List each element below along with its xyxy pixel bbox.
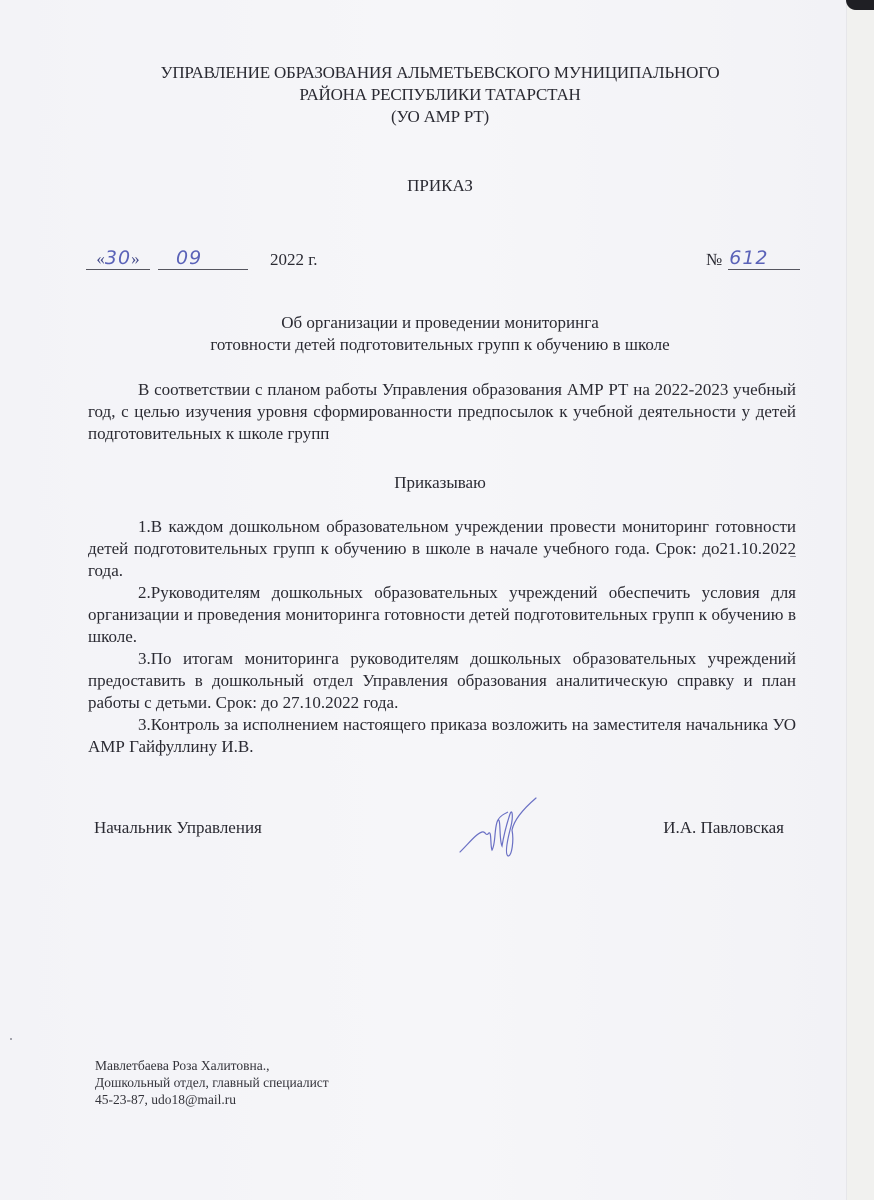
contact-phone-email: 45-23-87, udo18@mail.ru — [95, 1091, 329, 1108]
header-line-1: УПРАВЛЕНИЕ ОБРАЗОВАНИЯ АЛЬМЕТЬЕВСКОГО МУ… — [60, 62, 820, 84]
date-month-field: 09 — [158, 248, 248, 270]
close-quote: » — [131, 249, 140, 268]
subject-line-1: Об организации и проведении мониторинга — [60, 312, 820, 334]
order-item-2: 2.Руководителям дошкольных образовательн… — [88, 582, 796, 648]
scan-speck — [790, 556, 796, 557]
header-line-2: РАЙОНА РЕСПУБЛИКИ ТАТАРСТАН — [60, 84, 820, 106]
handwritten-number: 612 — [729, 247, 768, 269]
contact-info: Мавлетбаева Роза Халитовна., Дошкольный … — [95, 1057, 329, 1108]
document-type-title: ПРИКАЗ — [60, 176, 820, 196]
contact-person: Мавлетбаева Роза Халитовна., — [95, 1057, 329, 1074]
order-item-1: 1.В каждом дошкольном образовательном уч… — [88, 516, 796, 582]
preamble-text: В соответствии с планом работы Управлени… — [88, 379, 796, 445]
order-date: «30» 09 2022 г. — [86, 248, 318, 270]
subject-line-2: готовности детей подготовительных групп … — [60, 334, 820, 356]
date-year: 2022 г. — [270, 250, 318, 270]
scan-speck — [10, 1038, 12, 1040]
contact-position: Дошкольный отдел, главный специалист — [95, 1074, 329, 1091]
handwritten-month: 09 — [176, 247, 202, 269]
signer-role: Начальник Управления — [94, 818, 262, 838]
order-items: 1.В каждом дошкольном образовательном уч… — [88, 516, 796, 758]
header-line-3: (УО АМР РТ) — [60, 106, 820, 128]
handwritten-day: 30 — [105, 247, 131, 269]
order-item-3: 3.По итогам мониторинга руководителям до… — [88, 648, 796, 714]
number-field: 612 — [728, 248, 800, 270]
organization-header: УПРАВЛЕНИЕ ОБРАЗОВАНИЯ АЛЬМЕТЬЕВСКОГО МУ… — [60, 62, 820, 128]
scan-corner-shadow — [846, 0, 874, 10]
page-fold-line — [846, 0, 847, 1200]
order-item-4: 3.Контроль за исполнением настоящего при… — [88, 714, 796, 758]
number-sign: № — [706, 250, 722, 270]
handwritten-signature-icon — [452, 790, 552, 860]
signer-name: И.А. Павловская — [663, 818, 784, 838]
open-quote: « — [96, 249, 105, 268]
order-number: № 612 — [706, 248, 800, 270]
date-day-field: «30» — [86, 248, 150, 270]
order-subject: Об организации и проведении мониторинга … — [60, 312, 820, 356]
order-directive-word: Приказываю — [60, 473, 820, 493]
page-edge — [847, 0, 874, 1200]
preamble: В соответствии с планом работы Управлени… — [88, 379, 796, 445]
